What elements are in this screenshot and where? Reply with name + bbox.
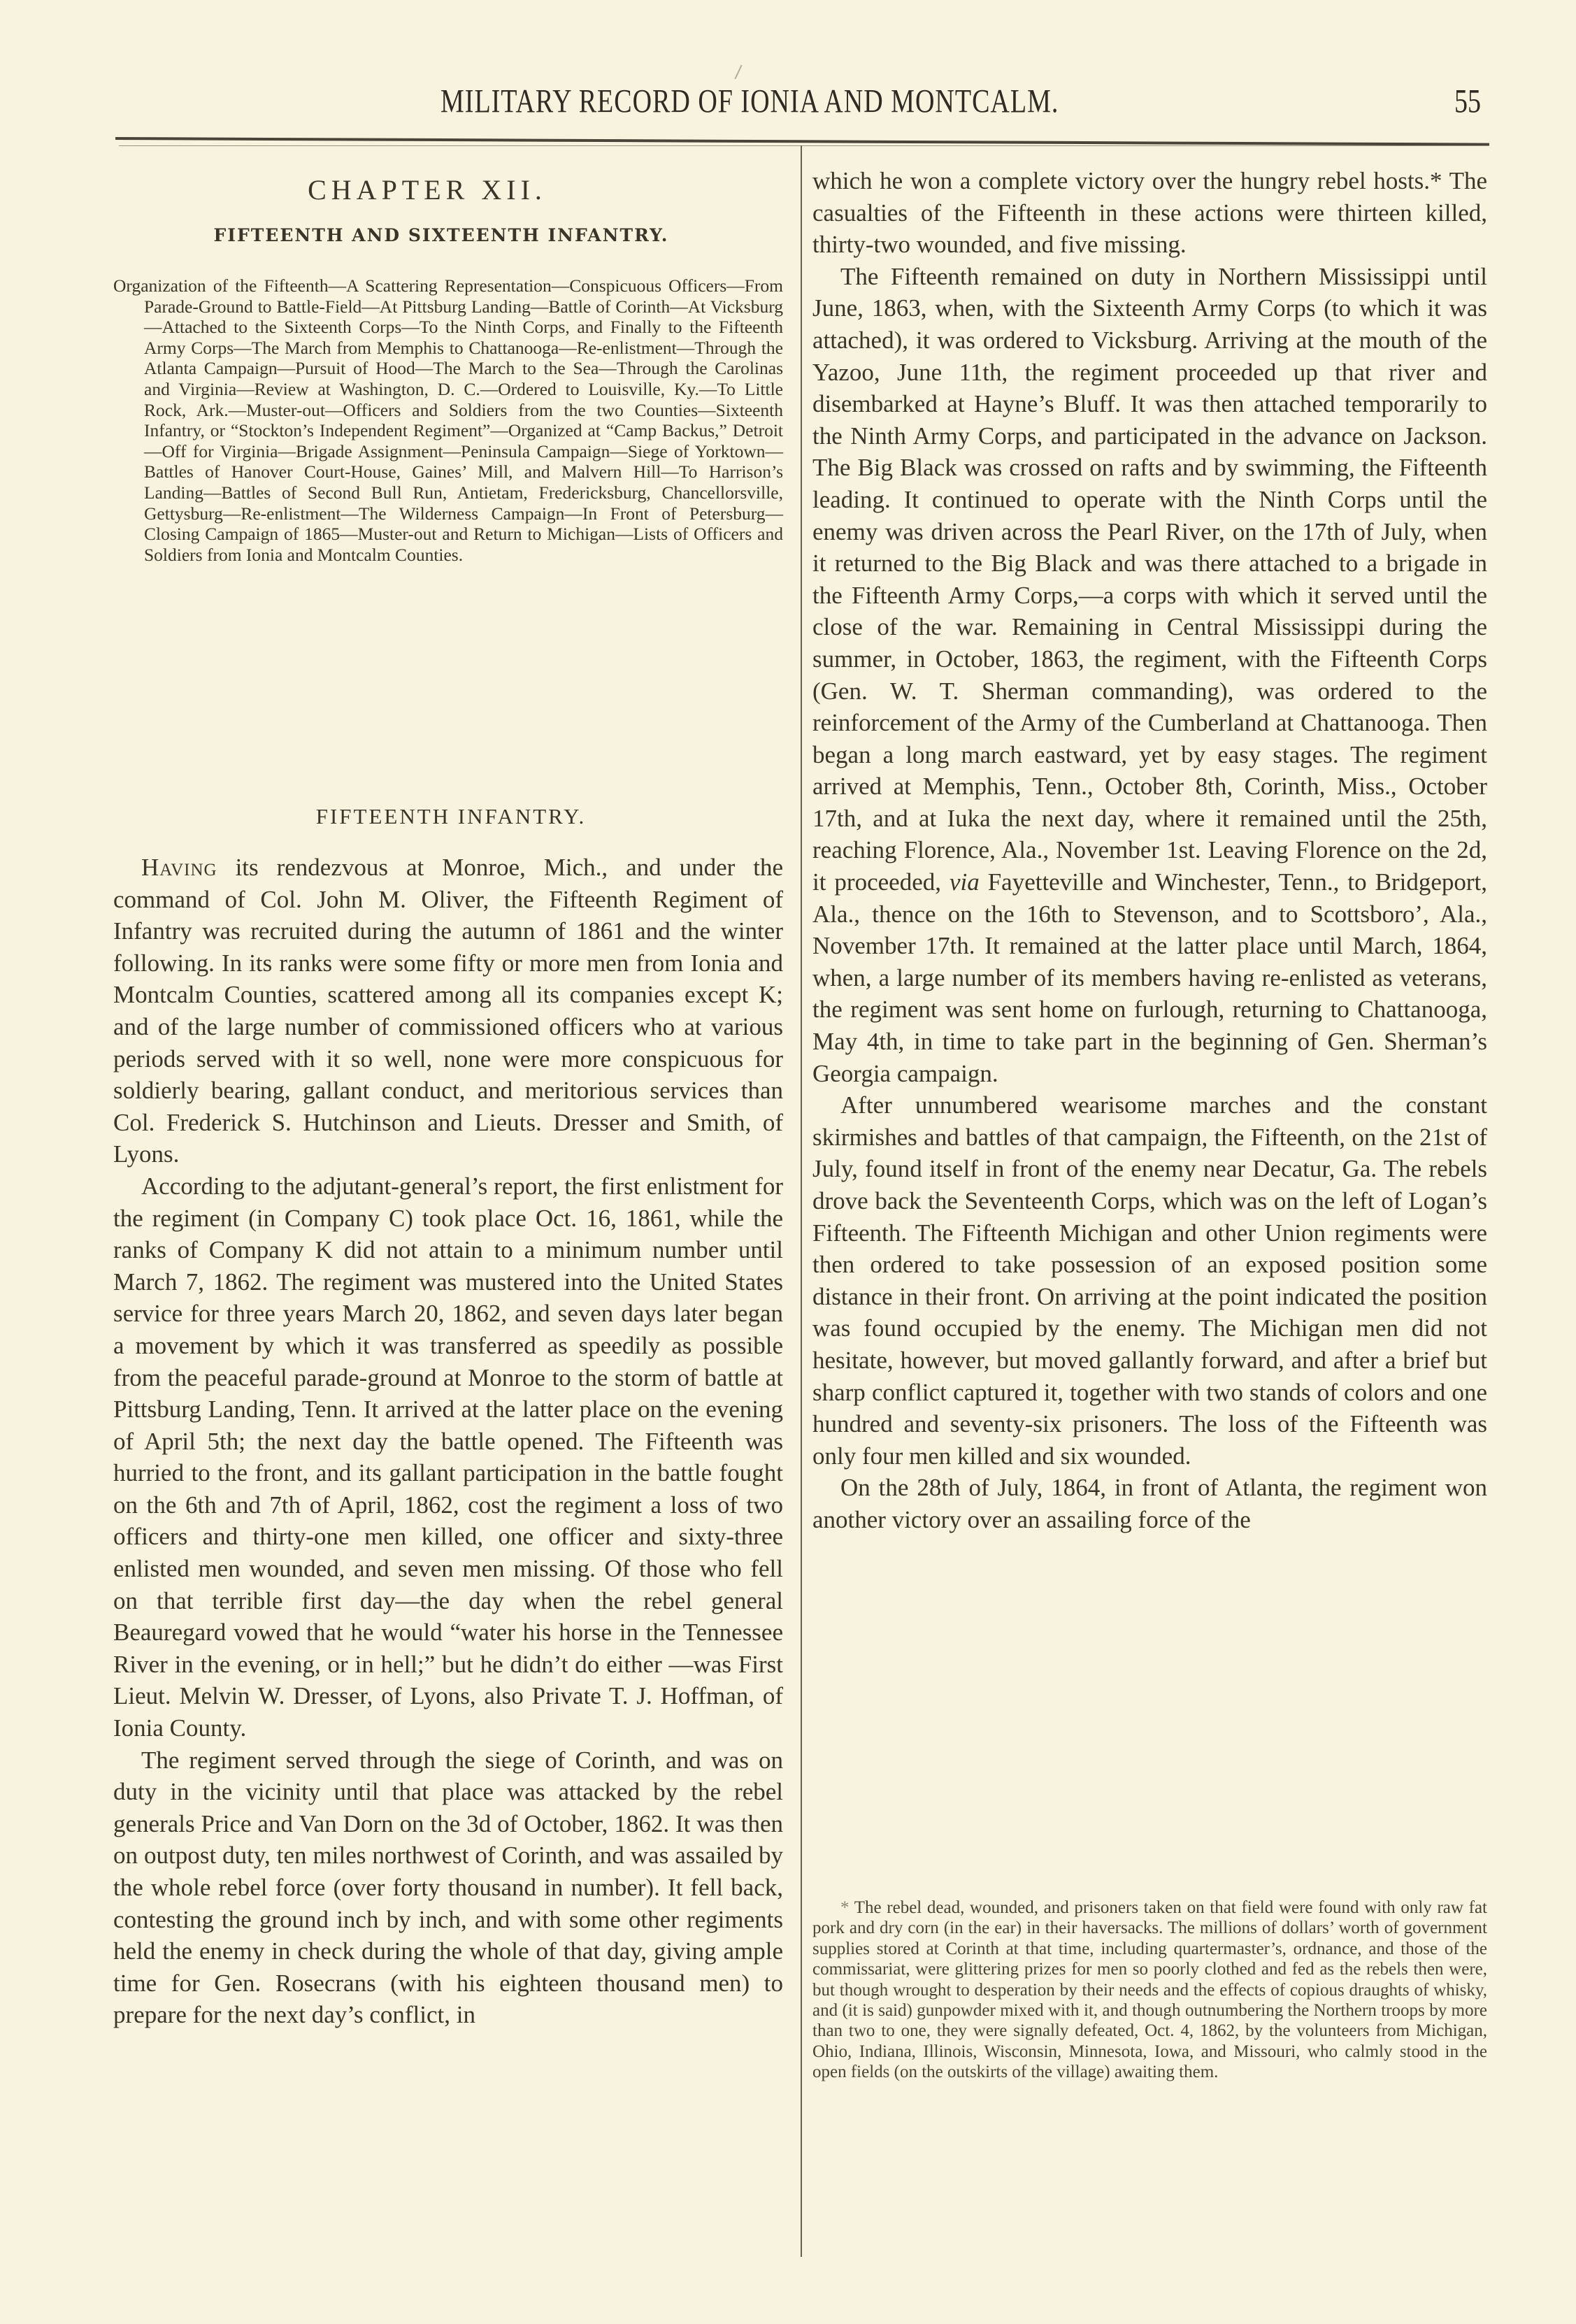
right-body-text: which he won a complete victory over the… (812, 165, 1487, 1536)
chapter-title: CHAPTER XII. (113, 173, 783, 206)
paragraph: which he won a complete victory over the… (812, 165, 1487, 261)
paragraph-text: its rendezvous at Monroe, Mich., and und… (113, 854, 783, 1168)
paragraph: On the 28th of July, 1864, in front of A… (812, 1472, 1487, 1535)
paragraph-text: The regiment served through the siege of… (113, 1746, 783, 2029)
chapter-subtitle: FIFTEENTH AND SIXTEENTH INFANTRY. (113, 225, 783, 245)
paragraph: The regiment served through the siege of… (113, 1744, 783, 2031)
paragraph-text: On the 28th of July, 1864, in front of A… (812, 1474, 1487, 1533)
header-rule (115, 137, 1489, 146)
paragraph-text: which he won a complete victory over the… (812, 167, 1487, 258)
paragraph-text: The Fifteenth remained on duty in Northe… (812, 263, 1487, 896)
footnote: * The rebel dead, wounded, and prisoners… (812, 1898, 1487, 2083)
paragraph-text: After unnumbered wearisome marches and t… (812, 1091, 1487, 1470)
header-rule-thin (119, 145, 1489, 146)
paragraph-text-cont: Fayetteville and Winchester, Tenn., to B… (812, 868, 1487, 1087)
margin-mark (734, 65, 742, 80)
footnote-paragraph: * The rebel dead, wounded, and prisoners… (812, 1898, 1487, 2083)
italic-via: via (950, 868, 980, 896)
running-title: MILITARY RECORD OF IONIA AND MONTCALM. (440, 83, 1059, 121)
page-header: MILITARY RECORD OF IONIA AND MONTCALM. 5… (0, 83, 1576, 124)
footnote-mark: * (840, 1898, 850, 1917)
paragraph: Having its rendezvous at Monroe, Mich., … (113, 852, 783, 1170)
footnote-text: The rebel dead, wounded, and prisoners t… (812, 1898, 1487, 2081)
left-body-text: Having its rendezvous at Monroe, Mich., … (113, 852, 783, 2031)
chapter-summary-text: Organization of the Fifteenth—A Scatteri… (113, 275, 783, 565)
paragraph-text: According to the adjutant-general’s repo… (113, 1172, 783, 1742)
section-heading: FIFTEENTH INFANTRY. (113, 804, 783, 829)
paragraph: After unnumbered wearisome marches and t… (812, 1089, 1487, 1472)
column-divider (801, 145, 802, 2257)
paragraph: According to the adjutant-general’s repo… (113, 1170, 783, 1744)
paragraph: The Fifteenth remained on duty in Northe… (812, 261, 1487, 1089)
chapter-summary: Organization of the Fifteenth—A Scatteri… (113, 275, 783, 565)
page-number: 55 (1454, 83, 1481, 121)
lead-word: Having (141, 854, 217, 881)
